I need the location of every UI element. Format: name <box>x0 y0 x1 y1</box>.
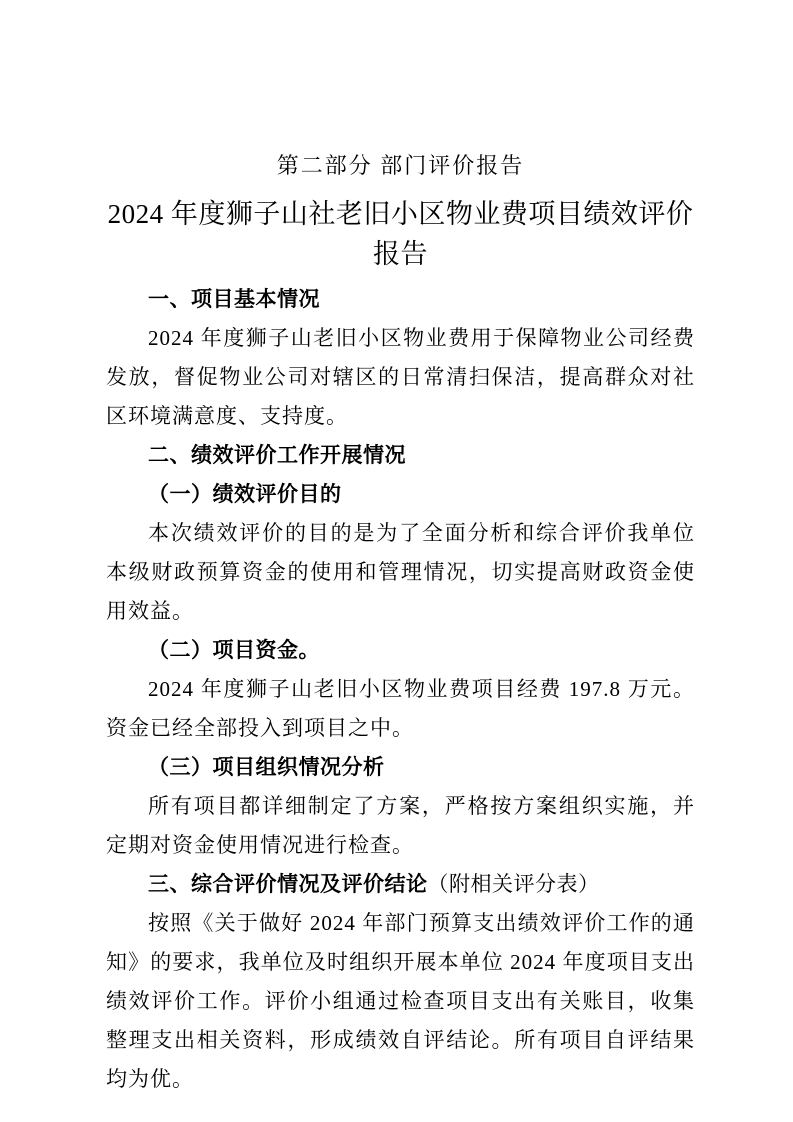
section2-sub3-heading: （三）项目组织情况分析 <box>106 748 695 787</box>
section2-sub2-heading: （二）项目资金。 <box>106 631 695 670</box>
section1-paragraph: 2024 年度狮子山老旧小区物业费用于保障物业公司经费发放，督促物业公司对辖区的… <box>106 319 695 436</box>
section3-heading-note: （附相关评分表） <box>428 872 600 896</box>
section2-sub2-paragraph: 2024 年度狮子山老旧小区物业费项目经费 197.8 万元。资金已经全部投入到… <box>106 670 695 748</box>
part-heading: 第二部分 部门评价报告 <box>106 150 695 182</box>
section2-sub3-paragraph: 所有项目都详细制定了方案，严格按方案组织实施，并定期对资金使用情况进行检查。 <box>106 787 695 865</box>
section2-sub1-heading: （一）绩效评价目的 <box>106 475 695 514</box>
section2-sub1-paragraph: 本次绩效评价的目的是为了全面分析和综合评价我单位本级财政预算资金的使用和管理情况… <box>106 514 695 631</box>
section3-paragraph: 按照《关于做好 2024 年部门预算支出绩效评价工作的通知》的要求，我单位及时组… <box>106 904 695 1099</box>
section2-heading: 二、绩效评价工作开展情况 <box>106 436 695 475</box>
section3-heading-main: 三、综合评价情况及评价结论 <box>148 873 428 896</box>
section3-heading: 三、综合评价情况及评价结论（附相关评分表） <box>106 865 695 904</box>
section1-heading: 一、项目基本情况 <box>106 280 695 319</box>
report-title: 2024 年度狮子山社老旧小区物业费项目绩效评价报告 <box>106 194 695 274</box>
document-page: 第二部分 部门评价报告 2024 年度狮子山社老旧小区物业费项目绩效评价报告 一… <box>0 0 793 1122</box>
